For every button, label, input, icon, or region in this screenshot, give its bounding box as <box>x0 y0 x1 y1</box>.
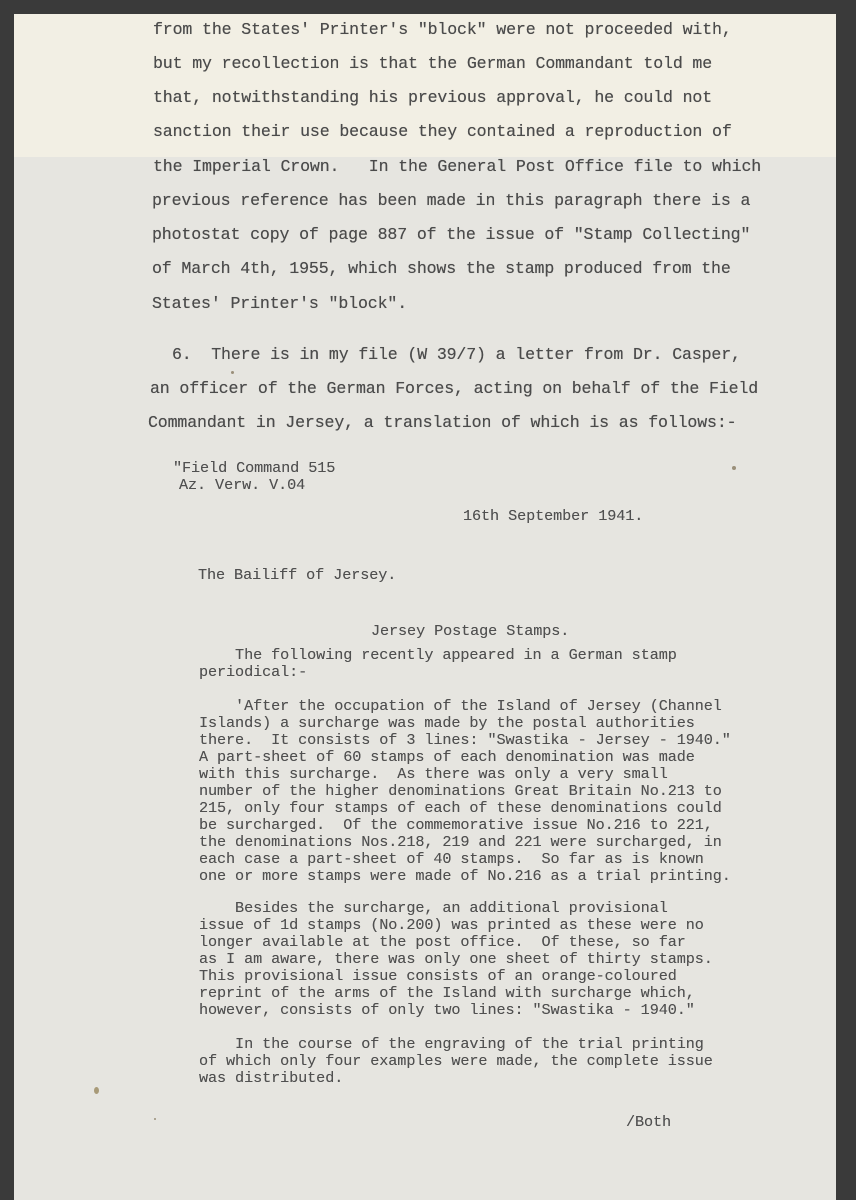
letter-subject: Jersey Postage Stamps. <box>371 623 569 640</box>
letter-intro-line: periodical:- <box>199 664 307 681</box>
quote-line: there. It consists of 3 lines: "Swastika… <box>199 732 731 749</box>
quote-line: longer available at the post office. Of … <box>199 934 686 951</box>
quote-line: reprint of the arms of the Island with s… <box>199 985 695 1002</box>
quote-line: each case a part-sheet of 40 stamps. So … <box>199 851 704 868</box>
paragraph-6-line: an officer of the German Forces, acting … <box>150 379 758 398</box>
quote-line: however, consists of only two lines: "Sw… <box>199 1002 695 1019</box>
catchword: /Both <box>626 1114 671 1131</box>
body-line: of March 4th, 1955, which shows the stam… <box>152 259 731 278</box>
quote-line: number of the higher denominations Great… <box>199 783 722 800</box>
quote-line: issue of 1d stamps (No.200) was printed … <box>199 917 704 934</box>
quote-line: was distributed. <box>199 1070 343 1087</box>
paper-speck <box>732 466 736 470</box>
body-line: that, notwithstanding his previous appro… <box>153 88 712 107</box>
paper-speck <box>231 371 234 374</box>
paper-speck <box>154 1118 156 1120</box>
paper-speck <box>94 1087 99 1094</box>
letter-intro-line: The following recently appeared in a Ger… <box>199 647 677 664</box>
quote-line: be surcharged. Of the commemorative issu… <box>199 817 713 834</box>
body-line: the Imperial Crown. In the General Post … <box>153 157 761 176</box>
quote-line: 'After the occupation of the Island of J… <box>199 698 722 715</box>
quote-line: Besides the surcharge, an additional pro… <box>199 900 668 917</box>
body-line: photostat copy of page 887 of the issue … <box>152 225 750 244</box>
paragraph-6-line: 6. There is in my file (W 39/7) a letter… <box>172 345 741 364</box>
quote-line: In the course of the engraving of the tr… <box>199 1036 704 1053</box>
quote-line: as I am aware, there was only one sheet … <box>199 951 713 968</box>
quote-line: Islands) a surcharge was made by the pos… <box>199 715 695 732</box>
letter-reference: Az. Verw. V.04 <box>179 477 305 494</box>
body-line: but my recollection is that the German C… <box>153 54 712 73</box>
quote-line: A part-sheet of 60 stamps of each denomi… <box>199 749 695 766</box>
document-page: from the States' Printer's "block" were … <box>14 14 836 1200</box>
paragraph-6-line: Commandant in Jersey, a translation of w… <box>148 413 736 432</box>
letter-date: 16th September 1941. <box>463 508 643 525</box>
quote-line: the denominations Nos.218, 219 and 221 w… <box>199 834 722 851</box>
body-line: States' Printer's "block". <box>152 294 407 313</box>
quote-line: one or more stamps were made of No.216 a… <box>199 868 731 885</box>
body-line: sanction their use because they containe… <box>153 122 732 141</box>
quote-line: of which only four examples were made, t… <box>199 1053 713 1070</box>
body-line: from the States' Printer's "block" were … <box>153 20 732 39</box>
letter-reference: "Field Command 515 <box>173 460 335 477</box>
quote-line: with this surcharge. As there was only a… <box>199 766 668 783</box>
quote-line: 215, only four stamps of each of these d… <box>199 800 722 817</box>
quote-line: This provisional issue consists of an or… <box>199 968 677 985</box>
letter-addressee: The Bailiff of Jersey. <box>198 567 396 584</box>
body-line: previous reference has been made in this… <box>152 191 750 210</box>
